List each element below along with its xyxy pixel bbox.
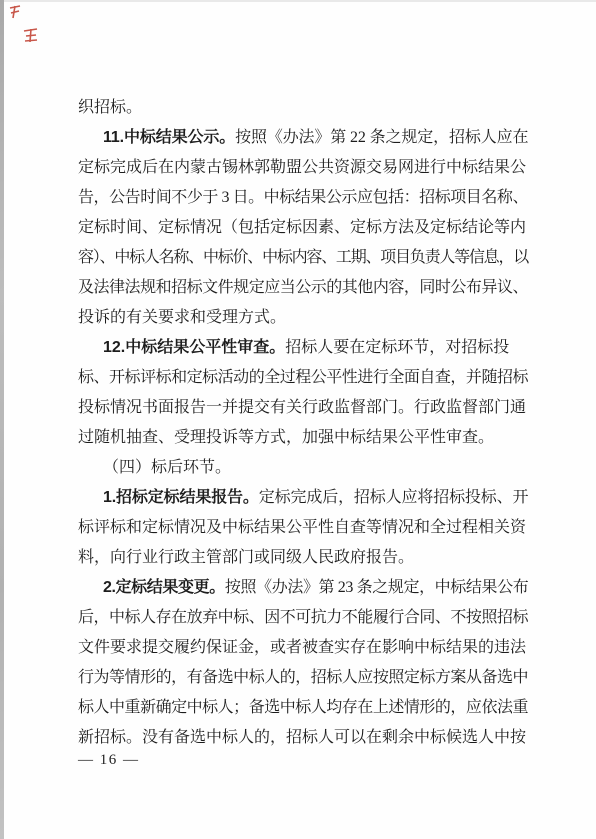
red-stamp-mark — [8, 4, 22, 25]
page-number: — 16 — — [78, 750, 140, 770]
text-line: 12.中标结果公平性审查。招标人要在定标环节，对招标投 — [78, 333, 528, 363]
text-line: 标人中重新确定中标人；备选中标人均存在上述情形的，应依法重 — [78, 693, 528, 723]
scan-top-edge — [0, 0, 596, 2]
text-line: 投标情况书面报告一并提交有关行政监督部门。行政监督部门通 — [78, 393, 528, 423]
line-text: 过随机抽查、受理投诉等方式，加强中标结果公平性审查。 — [78, 429, 494, 446]
line-text: 招标人要在定标环节，对招标投 — [285, 339, 509, 356]
line-text: 标评标和定标情况及中标结果公平性自查等情况和全过程相关资 — [78, 519, 526, 536]
document-page: 织招标。11.中标结果公示。按照《办法》第 22 条之规定，招标人应在定标完成后… — [0, 0, 596, 839]
line-text: 定标时间、定标情况（包括定标因素、定标方法及定标结论等内 — [78, 219, 526, 236]
text-line: 定标完成后在内蒙古锡林郭勒盟公共资源交易网进行中标结果公 — [78, 153, 528, 183]
line-text: 料，向行业行政主管部门或同级人民政府报告。 — [78, 549, 414, 566]
paragraph-heading: 12.中标结果公平性审查。 — [103, 339, 285, 356]
text-line: 及法律法规和招标文件规定应当公示的其他内容，同时公布异议、 — [78, 273, 528, 303]
document-body-text: 织招标。11.中标结果公示。按照《办法》第 22 条之规定，招标人应在定标完成后… — [78, 93, 528, 753]
text-line: （四）标后环节。 — [78, 453, 528, 483]
line-text: 标人中重新确定中标人；备选中标人均存在上述情形的，应依法重 — [78, 699, 528, 716]
text-line: 2.定标结果变更。按照《办法》第 23 条之规定，中标结果公布 — [78, 573, 528, 603]
text-line: 后，中标人存在放弃中标、因不可抗力不能履行合同、不按照招标 — [78, 603, 528, 633]
line-text: 及法律法规和招标文件规定应当公示的其他内容，同时公布异议、 — [78, 279, 528, 296]
line-text: 定标完成后，招标人应将招标投标、开 — [259, 489, 529, 506]
line-text: 告，公告时间不少于 3 日。中标结果公示应包括：招标项目名称、 — [78, 189, 528, 206]
line-text: 织招标。 — [78, 99, 142, 116]
text-line: 新招标。没有备选中标人的，招标人可以在剩余中标候选人中按 — [78, 723, 528, 753]
line-text: 投标情况书面报告一并提交有关行政监督部门。行政监督部门通 — [78, 399, 526, 416]
paragraph-heading: 2.定标结果变更。 — [103, 579, 225, 596]
line-text: 行为等情形的，有备选中标人的，招标人应按照定标方案从备选中 — [78, 669, 528, 686]
line-text: 定标完成后在内蒙古锡林郭勒盟公共资源交易网进行中标结果公 — [78, 159, 526, 176]
scan-left-edge — [0, 0, 4, 839]
text-line: 投诉的有关要求和受理方式。 — [78, 303, 528, 333]
line-text: 新招标。没有备选中标人的，招标人可以在剩余中标候选人中按 — [78, 729, 526, 746]
line-text: 标、开标评标和定标活动的全过程公平性进行全面自查，并随招标 — [78, 369, 528, 386]
text-line: 文件要求提交履约保证金，或者被查实存在影响中标结果的违法 — [78, 633, 528, 663]
line-text: （四）标后环节。 — [103, 459, 231, 476]
text-line: 容）、中标人名称、中标价、中标内容、工期、项目负责人等信息，以 — [78, 243, 528, 273]
paragraph-heading: 11.中标结果公示。 — [103, 129, 235, 146]
text-line: 1.招标定标结果报告。定标完成后，招标人应将招标投标、开 — [78, 483, 528, 513]
line-text: 按照《办法》第 23 条之规定，中标结果公布 — [225, 579, 529, 596]
line-text: 后，中标人存在放弃中标、因不可抗力不能履行合同、不按照招标 — [78, 609, 528, 626]
paragraph-heading: 1.招标定标结果报告。 — [103, 489, 259, 506]
red-stamp-mark — [22, 26, 40, 49]
line-text: 容）、中标人名称、中标价、中标内容、工期、项目负责人等信息，以 — [78, 249, 528, 266]
text-line: 11.中标结果公示。按照《办法》第 22 条之规定，招标人应在 — [78, 123, 528, 153]
text-line: 标评标和定标情况及中标结果公平性自查等情况和全过程相关资 — [78, 513, 528, 543]
text-line: 料，向行业行政主管部门或同级人民政府报告。 — [78, 543, 528, 573]
line-text: 文件要求提交履约保证金，或者被查实存在影响中标结果的违法 — [78, 639, 526, 656]
text-line: 告，公告时间不少于 3 日。中标结果公示应包括：招标项目名称、 — [78, 183, 528, 213]
text-line: 过随机抽查、受理投诉等方式，加强中标结果公平性审查。 — [78, 423, 528, 453]
text-line: 行为等情形的，有备选中标人的，招标人应按照定标方案从备选中 — [78, 663, 528, 693]
text-line: 织招标。 — [78, 93, 528, 123]
text-line: 定标时间、定标情况（包括定标因素、定标方法及定标结论等内 — [78, 213, 528, 243]
line-text: 按照《办法》第 22 条之规定，招标人应在 — [235, 129, 528, 146]
text-line: 标、开标评标和定标活动的全过程公平性进行全面自查，并随招标 — [78, 363, 528, 393]
line-text: 投诉的有关要求和受理方式。 — [78, 309, 286, 326]
